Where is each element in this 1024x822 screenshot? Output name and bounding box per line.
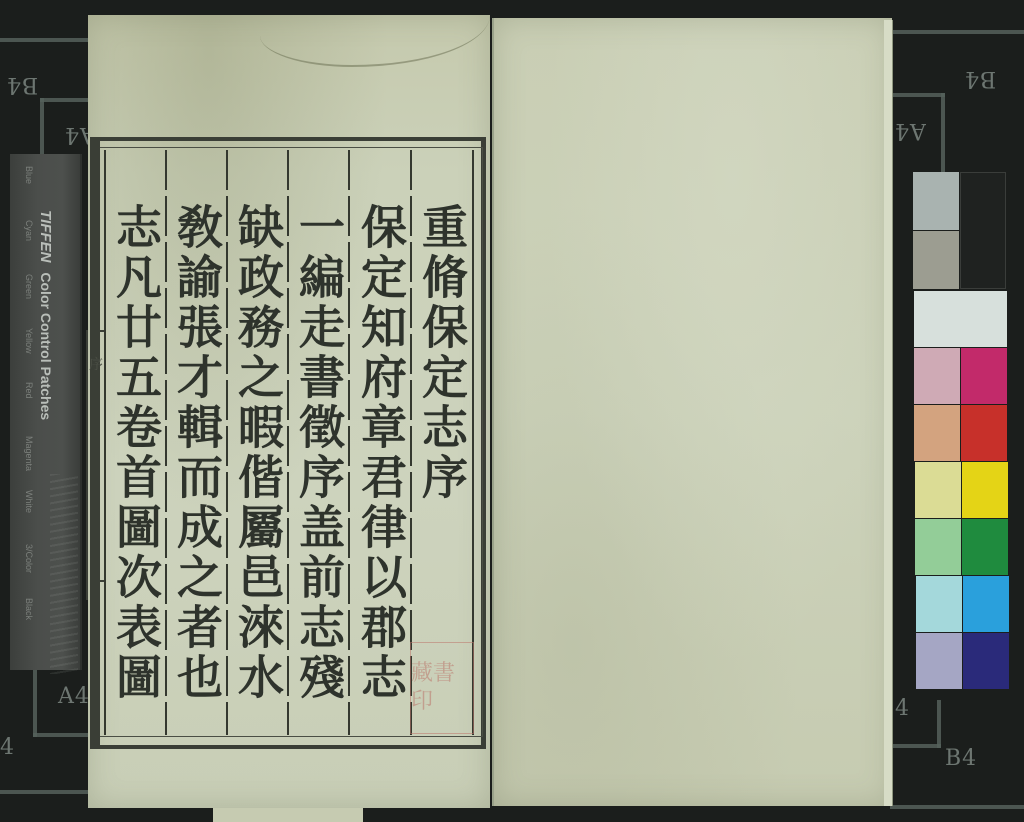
fishtail-mark [90, 330, 104, 332]
tiffen-patch-label: Magenta [24, 436, 34, 490]
column-rule [165, 150, 167, 735]
guide-line-top-left [0, 38, 90, 42]
column-rule [348, 150, 350, 735]
tiffen-patch-label: Yellow [24, 328, 34, 382]
patch-gray-light [913, 172, 959, 230]
patch-gray-mid [913, 231, 959, 289]
column-rule [287, 150, 289, 735]
guide-line-a4-bottom-right-h [893, 744, 941, 748]
fishtail-margin: 序 [86, 330, 106, 600]
patch-black-area [960, 172, 1006, 289]
color-patch-chart [913, 172, 1008, 702]
page-bottom-tab [213, 806, 363, 822]
tiffen-color-strip: Blue Cyan Green Yellow Red Magenta White… [10, 154, 82, 670]
size-label-4-bottom-left: 4 [0, 735, 15, 760]
tiffen-patch-names: Blue Cyan Green Yellow Red Magenta White… [24, 166, 34, 652]
tiffen-title-text: Color Control Patches [38, 272, 54, 420]
text-column-3: 一編走書徵序盖前志殘 [291, 203, 347, 703]
tiffen-patch-label: Red [24, 382, 34, 436]
tiffen-patch-label: White [24, 490, 34, 544]
patch-green-light [915, 519, 961, 575]
patch-magenta [961, 348, 1007, 404]
patch-yellow-light [915, 462, 961, 518]
guide-line-a4-bottom-right-v [937, 700, 941, 748]
tiffen-patch-label: Black [24, 598, 34, 652]
guide-line-a4-right-v [941, 93, 945, 173]
guide-line-bottom-right [890, 805, 1024, 809]
patch-white [914, 291, 1007, 347]
guide-line-top-right [893, 30, 1024, 34]
size-label-b4-bottom-right: B4 [945, 746, 977, 771]
patch-yellow [962, 462, 1008, 518]
red-collector-seal: 藏書印 [410, 642, 474, 734]
tiffen-patch-label: Green [24, 274, 34, 328]
patch-tan [914, 405, 960, 461]
text-column-5: 敎諭張才輯而成之者也 [169, 203, 225, 703]
tiffen-brand-logo: TIFFEN [37, 210, 54, 263]
fishtail-page-number [90, 555, 100, 557]
patch-pink-light [914, 348, 960, 404]
guide-line-a4-right-h [893, 93, 945, 97]
patch-green [962, 519, 1008, 575]
fishtail-mark [90, 580, 104, 582]
patch-cyan-light [916, 576, 962, 632]
tiffen-patch-label: 3/Color [24, 544, 34, 598]
tiffen-patch-label: Blue [24, 166, 34, 220]
text-column-4: 缺政務之暇偕屬邑淶水 [230, 203, 286, 703]
guide-line-a4-left-h [40, 98, 90, 102]
tiffen-title: TIFFEN Color Control Patches [37, 210, 54, 420]
column-rule [226, 150, 228, 735]
text-column-1-title: 重脩保定志序 [414, 203, 470, 503]
size-label-4-bottom-right: 4 [895, 696, 910, 721]
size-label-b4-top-left: B4 [6, 72, 38, 97]
patch-navy [963, 633, 1009, 689]
size-label-a4-bottom-left: A4 [58, 684, 90, 709]
fishtail-title-char: 序 [89, 354, 103, 374]
text-column-2: 保定知府章君律以郡志 [353, 203, 409, 703]
guide-line-a4-left-v [40, 98, 44, 154]
guide-line-a4-bottom-left-h [33, 733, 88, 737]
patch-lavender [916, 633, 962, 689]
right-page-edge [884, 20, 893, 806]
patch-red [961, 405, 1007, 461]
guide-line-bottom-left [0, 790, 88, 794]
right-page-blank [492, 18, 892, 806]
size-label-a4-top-right: A4 [894, 118, 926, 143]
text-column-6: 志凡廿五卷首圖次表圖 [108, 203, 164, 703]
patch-cyan [963, 576, 1009, 632]
tiffen-patch-label: Cyan [24, 220, 34, 274]
size-label-b4-top-right: B4 [964, 66, 996, 91]
scratch-texture [50, 474, 78, 674]
guide-line-a4-bottom-left-v [33, 670, 37, 737]
